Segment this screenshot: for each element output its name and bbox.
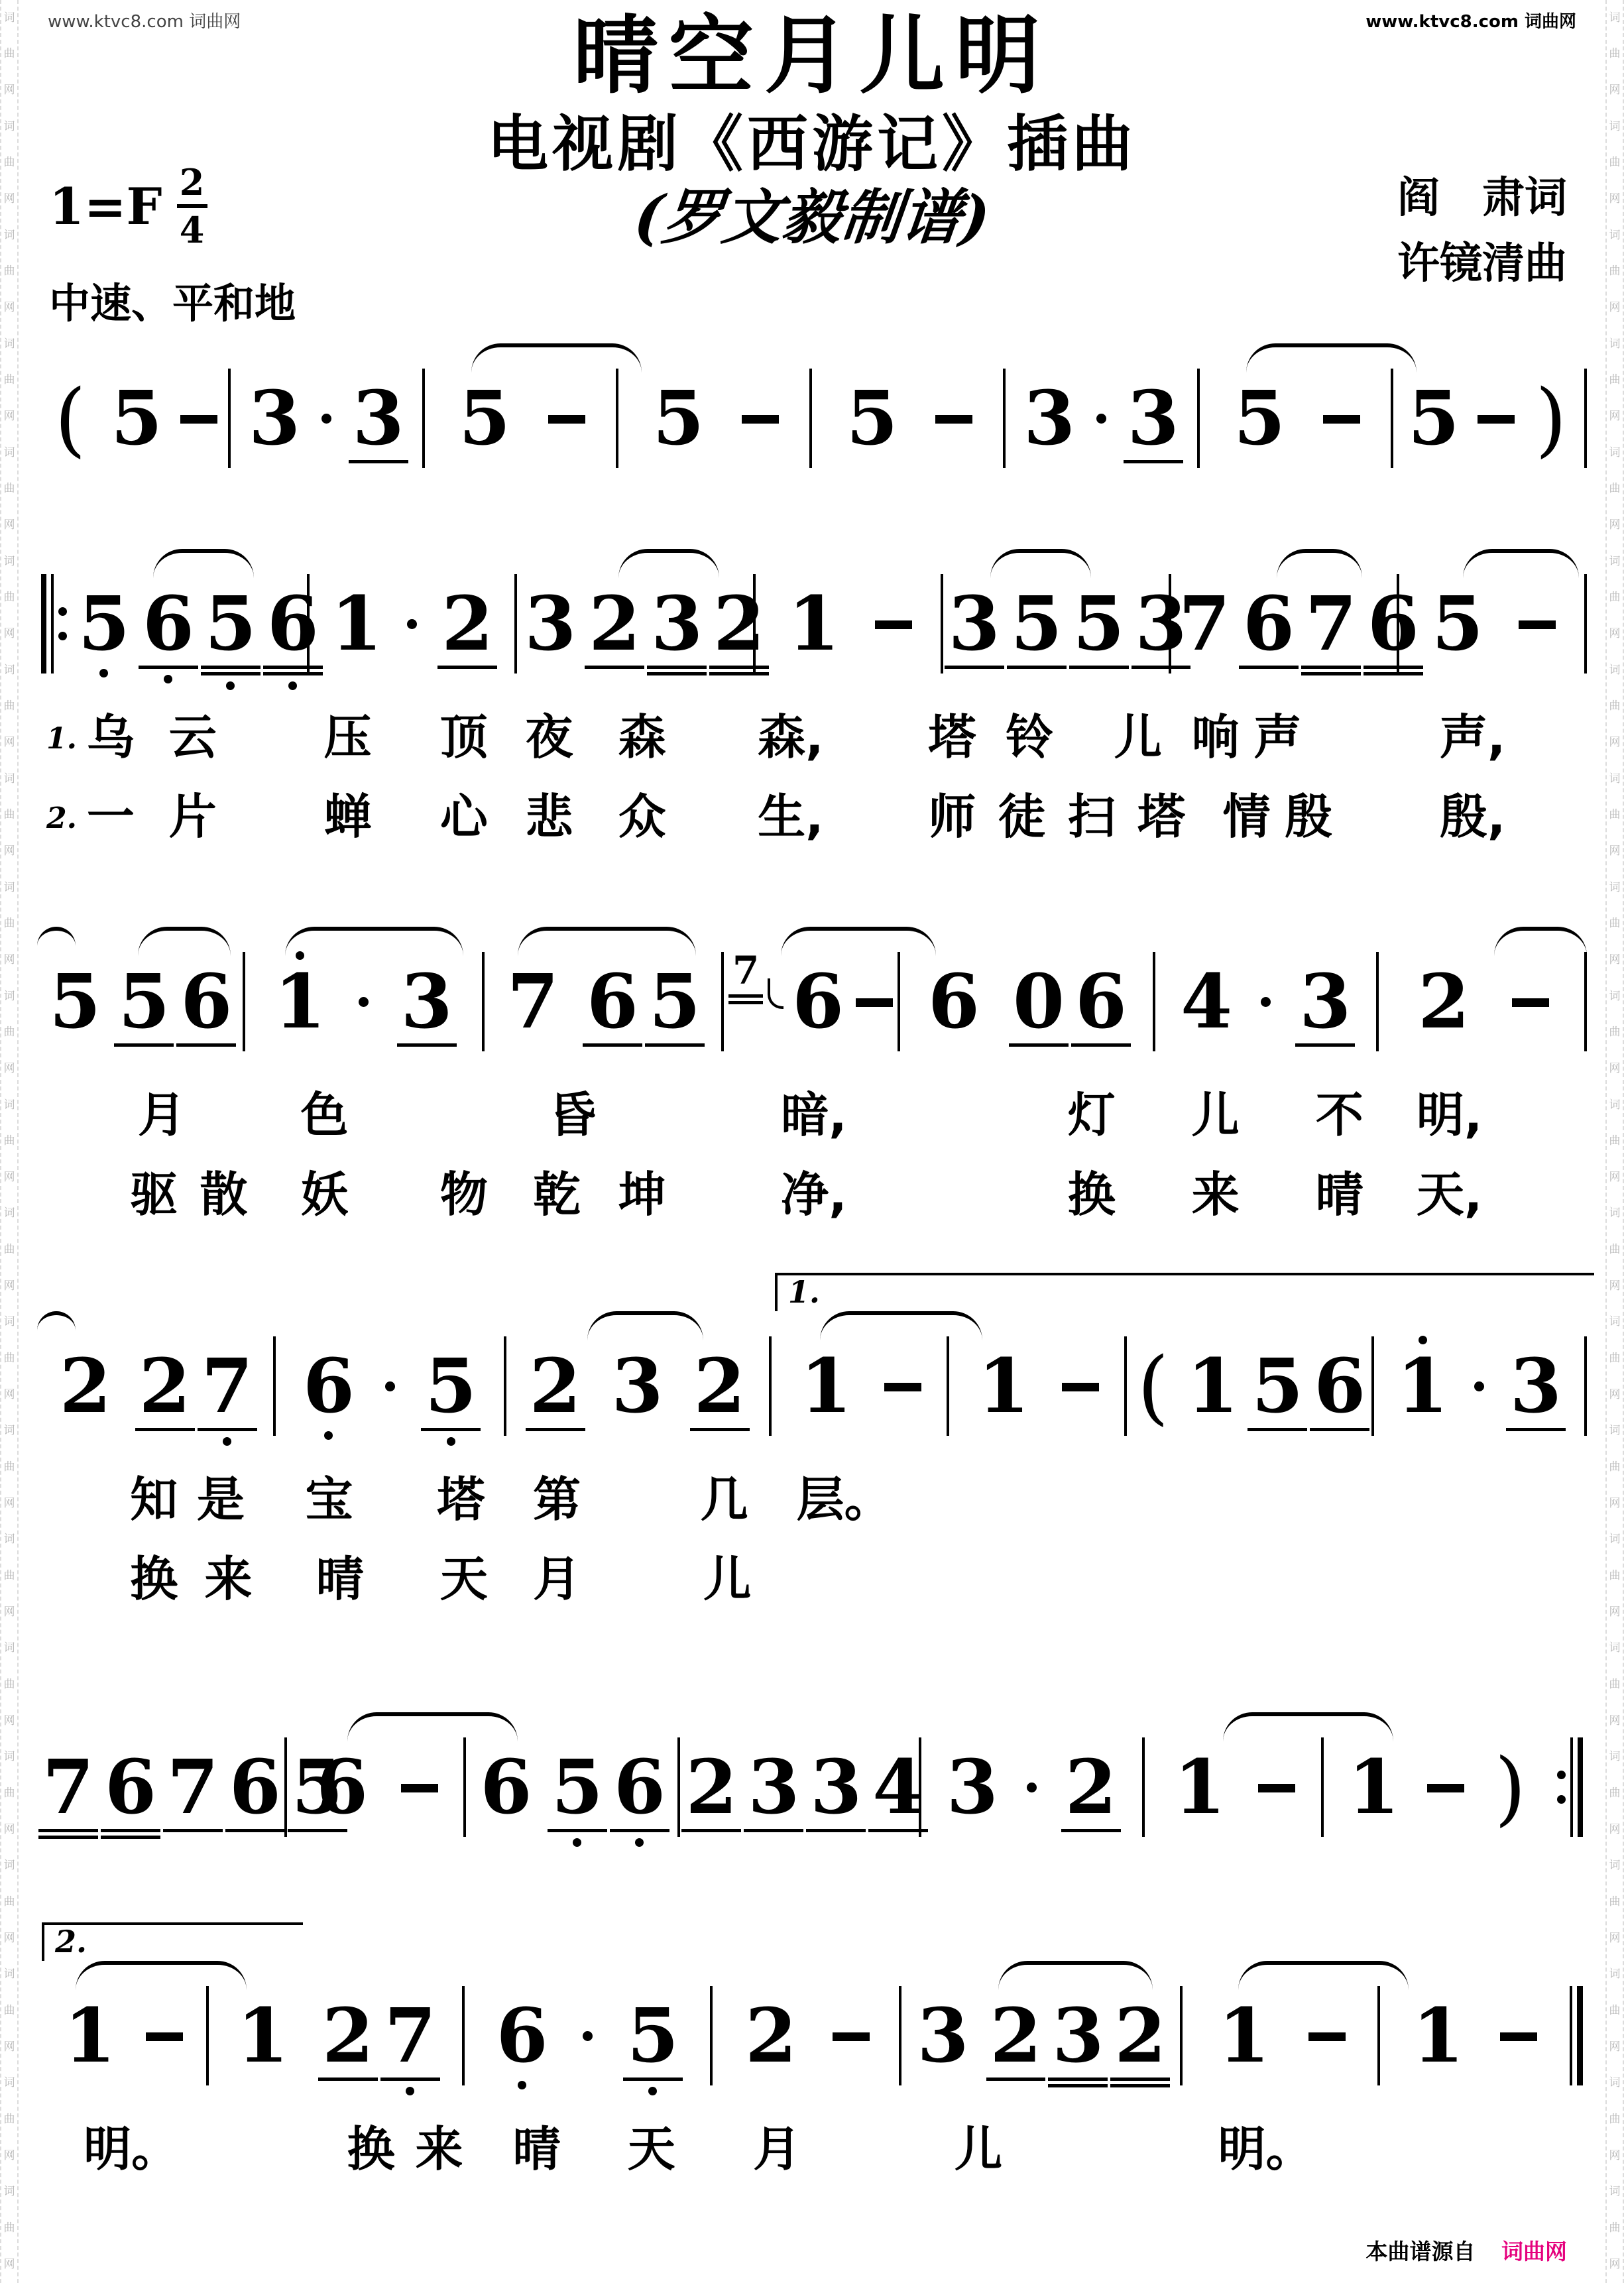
note-digit: 1 (1170, 1749, 1230, 1826)
side-watermark-char: 词 (4, 1534, 15, 1545)
side-watermark-char: 网 (4, 520, 15, 531)
note-digit: 1 (1393, 1348, 1452, 1425)
note-digit: 6 (299, 1348, 359, 1425)
side-watermark-char: 词 (4, 447, 15, 459)
duration-underline (610, 1829, 669, 1832)
side-watermark-char: 词 (4, 1643, 15, 1654)
duration-underline (1048, 2078, 1108, 2081)
note: 2 (1411, 941, 1477, 1041)
lyric-syllable: 儿 (703, 1553, 751, 1606)
side-watermark-char: 网 (4, 2259, 15, 2270)
measure: 65 (465, 1975, 710, 2095)
lyric-syllable: 心 (440, 791, 488, 843)
side-watermark-char: 网 (4, 302, 15, 314)
lyric-syllable: 散 (200, 1169, 247, 1221)
side-watermark-char: 曲 (1609, 1353, 1621, 1364)
repeat-barline (1577, 1986, 1583, 2085)
duration-underline (728, 1001, 763, 1004)
note-digit: 7 (503, 964, 563, 1041)
note-digit: 3 (1124, 380, 1183, 457)
duration-underline (437, 666, 497, 669)
octave-dot-low (164, 675, 172, 683)
lyric-syllable: 情 (1223, 791, 1271, 843)
lyric-syllable: 明。 (84, 2123, 179, 2176)
duration-underline (1007, 666, 1067, 669)
note: 6 (1308, 1326, 1371, 1431)
lyric-syllable: 众 (618, 791, 666, 843)
note-digit: 3 (945, 586, 1004, 663)
slur-tie (1277, 549, 1362, 583)
duration-underline (1506, 1428, 1566, 1431)
slur-tie (285, 927, 463, 961)
measure: (156 (1127, 1326, 1372, 1431)
dot-circle (583, 2031, 593, 2041)
notation-row: 56561232321355376765 (37, 563, 1587, 706)
octave-dot-low (573, 1838, 581, 1847)
side-watermark-char: 词 (1609, 1534, 1621, 1545)
lyric-syllable: 昏 (549, 1089, 597, 1141)
side-watermark-char: 网 (4, 737, 15, 748)
note-digit: 2 (437, 586, 497, 663)
song-title: 晴空月儿明 (37, 9, 1587, 103)
side-watermark-char: 网 (4, 1172, 15, 1183)
slur-tie (347, 1712, 518, 1747)
lyric-syllable: 声 (1253, 711, 1301, 764)
side-watermark-char: 词 (1609, 882, 1621, 894)
dash-bar (856, 998, 893, 1007)
dash-continuation (1474, 358, 1518, 424)
side-watermark-char: 词 (1609, 1208, 1621, 1219)
side-watermark-char: 曲 (4, 1897, 15, 1908)
volta-label: 2. (55, 1924, 87, 1960)
side-watermark-char: 曲 (1609, 375, 1621, 386)
parenthesis: ( (1128, 1326, 1179, 1425)
dot-circle (1474, 1381, 1484, 1391)
lyric-syllable: 森, (758, 711, 823, 764)
notation-row: (5335553355) (37, 358, 1587, 500)
side-watermark-char: 曲 (1609, 1570, 1621, 1582)
duration-underline (583, 1043, 642, 1047)
side-watermark-char: 网 (1609, 628, 1621, 640)
side-watermark-char: 词 (4, 1100, 15, 1111)
side-watermark-char: 词 (1609, 2186, 1621, 2197)
lyric-syllable: 悲 (525, 791, 573, 843)
lyrics-row: 明。换来晴天月儿明。 (37, 2118, 1587, 2197)
slur-tie (1223, 1712, 1393, 1747)
music-system-4: 2276523211(156131.知是宝塔第几层。换来晴天月儿 (37, 1326, 1587, 1627)
note-digit: 5 (649, 380, 709, 457)
side-watermark-char: 词 (1609, 2078, 1621, 2089)
measure: 606 (900, 941, 1153, 1047)
beam-group: 06 (1008, 941, 1132, 1047)
volta-bracket: 1. (775, 1273, 1594, 1311)
duration-underline (176, 1043, 236, 1047)
dash-bar (1062, 1383, 1099, 1391)
note-digit: 3 (806, 1749, 866, 1826)
side-watermark-char: 词 (1609, 1317, 1621, 1328)
duration-underline (1239, 666, 1299, 669)
duration-underline (647, 666, 707, 669)
note-digit: 3 (245, 380, 304, 457)
duration-underline (114, 1043, 174, 1047)
note-digit: 7 (1301, 586, 1361, 663)
note-digit: 5 (1069, 586, 1129, 663)
lyric-syllable: 乌 (87, 711, 135, 764)
note-digit: 6 (610, 1749, 669, 1826)
slur-tie (138, 927, 231, 961)
lyric-syllable: 驱 (130, 1169, 178, 1221)
lyric-syllable: 知 (130, 1474, 178, 1526)
note-digit: 5 (421, 1348, 481, 1425)
lyric-syllable: 压 (324, 711, 372, 764)
side-watermark-char: 曲 (4, 266, 15, 277)
note-digit: 1 (1409, 1998, 1468, 2075)
duration-underline (380, 2078, 440, 2081)
side-watermark-char: 曲 (1609, 1679, 1621, 1690)
right-watermark-strip: 词曲网词曲网词曲网词曲网词曲网词曲网词曲网词曲网词曲网词曲网词曲网词曲网词曲网词… (1605, 0, 1624, 2283)
lyrics-row: 2.一片蝉心悲众生,师徒扫塔情殷殷, (37, 786, 1587, 865)
note: 5 (839, 358, 905, 457)
measure: 13 (1374, 1326, 1584, 1431)
duration-underline (690, 1428, 750, 1431)
note-digit: 5 (623, 1998, 683, 2075)
side-watermark-char: 曲 (4, 592, 15, 603)
duration-underline (744, 1829, 803, 1832)
lyric-syllable: 殷, (1440, 791, 1505, 843)
barline (1584, 574, 1587, 673)
music-system-1: (5335553355) (37, 358, 1587, 500)
octave-dot-low (635, 1838, 644, 1847)
augmentation-dot (1257, 941, 1274, 1007)
side-watermark-char: 词 (1609, 556, 1621, 567)
note: 3 (910, 1975, 976, 2075)
side-watermark-char: 网 (1609, 2042, 1621, 2053)
side-watermark-char: 曲 (1609, 483, 1621, 495)
note-digit: 5 (1230, 380, 1289, 457)
dash-bar (875, 620, 912, 629)
lyric-syllable: 云 (169, 711, 217, 764)
duration-underline (1301, 666, 1361, 669)
side-watermark-char: 网 (1609, 1607, 1621, 1618)
lyric-syllable: 月 (533, 1553, 581, 1606)
note-digit: 2 (986, 1998, 1046, 2075)
side-watermark-char: 词 (1609, 1425, 1621, 1436)
side-watermark-char: 曲 (4, 483, 15, 495)
measure: 2334 (680, 1727, 918, 1832)
side-watermark-char: 曲 (4, 375, 15, 386)
side-watermark-char: 网 (4, 85, 15, 96)
meter-numerator: 2 (180, 164, 205, 200)
side-watermark-char: 词 (1609, 13, 1621, 24)
note-digit: 1 (60, 1998, 120, 2075)
dash-bar (1308, 2032, 1346, 2041)
side-watermark-char: 词 (4, 1969, 15, 1980)
note-digit: 7 (728, 949, 763, 992)
side-watermark-char: 网 (1609, 1281, 1621, 1292)
repeat-dots (1557, 1737, 1566, 1837)
side-watermark-char: 网 (4, 1607, 15, 1618)
note-digit: 3 (1019, 380, 1079, 457)
note: 6 (99, 1727, 162, 1839)
side-watermark-char: 曲 (4, 157, 15, 168)
lyric-syllable: 坤 (618, 1169, 666, 1221)
lyric-syllable: 层。 (797, 1474, 892, 1526)
note-digit: 3 (1295, 964, 1355, 1041)
side-watermark-char: 网 (4, 1281, 15, 1292)
note-digit: 6 (924, 964, 984, 1041)
footer-brand: 词曲网 (1501, 2239, 1567, 2264)
dash-continuation (1424, 1727, 1468, 1792)
lyric-syllable: 明。 (1218, 2123, 1314, 2176)
lyric-syllable: 晴 (1316, 1169, 1363, 1221)
lyric-syllable: 师 (928, 791, 976, 843)
augmentation-dot (1023, 1727, 1040, 1792)
slur-tie (518, 927, 696, 961)
barline (1584, 952, 1587, 1051)
note-digit: 3 (520, 586, 580, 663)
duration-underline (135, 1428, 195, 1431)
note: 6 (609, 1727, 671, 1847)
duration-underline (101, 1836, 160, 1839)
side-watermark-char: 曲 (1609, 266, 1621, 277)
octave-dot-low (288, 681, 297, 690)
lyric-syllable: 塔 (928, 711, 976, 764)
duration-underline (201, 672, 261, 675)
note-digit: 1 (796, 1348, 856, 1425)
credits: 阎 肃词 许镜清曲 (1397, 166, 1567, 297)
lyric-syllable: 来 (415, 2123, 463, 2176)
side-watermark-char: 词 (4, 1208, 15, 1219)
augmentation-dot (404, 563, 420, 629)
side-watermark-char: 网 (4, 1498, 15, 1509)
lyric-syllable: 铃 (1006, 711, 1053, 764)
note: 3 (939, 1727, 1006, 1826)
side-watermark-char: 网 (4, 1824, 15, 1836)
lyric-syllable: 一 (87, 791, 135, 843)
side-watermark-char: 曲 (4, 2223, 15, 2234)
barline (1584, 1336, 1587, 1436)
parenthesis: ( (44, 358, 96, 457)
side-watermark-char: 曲 (1609, 1897, 1621, 1908)
side-watermark-char: 网 (1609, 1389, 1621, 1401)
note-digit: 1 (974, 1348, 1033, 1425)
note: 6 (296, 1326, 362, 1440)
lyricist-credit: 阎 肃词 (1397, 166, 1567, 231)
dash-bar (742, 415, 779, 424)
side-watermark-char: 词 (1609, 121, 1621, 133)
note-digit: 5 (45, 964, 105, 1041)
slur-tie (990, 549, 1091, 583)
side-watermark-char: 曲 (1609, 1244, 1621, 1256)
music-system-3: 5561376576606432月色昏暗,灯儿不明,驱散妖物乾坤净,换来晴天, (37, 941, 1587, 1243)
duration-underline (1009, 1043, 1069, 1047)
side-watermark-char: 网 (4, 628, 15, 640)
lyric-syllable: 徒 (998, 791, 1046, 843)
lyric-syllable: 晴 (316, 1553, 364, 1606)
note-digit: 2 (1414, 964, 1474, 1041)
note-digit: 3 (647, 586, 707, 663)
score-body: (5335553355)565612323213553767651.乌云压顶夜森… (37, 358, 1587, 2197)
side-watermark-char: 词 (1609, 665, 1621, 676)
note-digit: 6 (1310, 1348, 1369, 1425)
duration-underline (645, 1043, 705, 1047)
note-digit: 1 (784, 586, 844, 663)
side-watermark-char: 网 (1609, 2259, 1621, 2270)
composer-credit: 许镜清曲 (1397, 231, 1567, 297)
end-repeat-sign (1553, 1727, 1587, 1837)
side-watermark-char: 网 (1609, 1933, 1621, 1944)
side-watermark-char: 词 (1609, 1751, 1621, 1763)
note: 1 (1405, 1975, 1472, 2075)
notation-row: 2276523211(156131. (37, 1326, 1587, 1468)
slur-tie (1494, 927, 1587, 961)
tempo-marking: 中速、平和地 (49, 270, 296, 329)
side-watermark-char: 曲 (1609, 2114, 1621, 2125)
note: 2 (434, 563, 500, 669)
measure: 43 (1155, 941, 1376, 1047)
note: 3 (1292, 941, 1358, 1047)
note: 5 (546, 1727, 609, 1847)
note: 1 (781, 563, 847, 663)
dash-bar (833, 2032, 870, 2041)
watermark-top-left: www.ktvc8.com 词曲网 (48, 8, 241, 32)
paren-glyph: ) (1487, 1749, 1533, 1826)
dot-circle (1027, 1783, 1037, 1792)
note-digit: 5 (74, 586, 134, 663)
parenthesis: ) (1484, 1727, 1536, 1826)
note-digit: 6 (312, 1749, 372, 1826)
note: 3 (241, 358, 308, 457)
side-watermark-char: 网 (4, 194, 15, 205)
left-watermark-strip: 词曲网词曲网词曲网词曲网词曲网词曲网词曲网词曲网词曲网词曲网词曲网词曲网词曲网词… (0, 0, 19, 2283)
lyric-syllable: 声, (1440, 711, 1505, 764)
lyric-syllable: 换 (347, 2123, 395, 2176)
side-watermark-char: 曲 (1609, 2005, 1621, 2017)
side-watermark-char: 词 (1609, 1860, 1621, 1871)
lyric-syllable: 乾 (533, 1169, 581, 1221)
duration-underline (1061, 1829, 1121, 1832)
note-digit: 2 (526, 1348, 585, 1425)
meter-denominator: 4 (180, 212, 205, 248)
duration-underline (1301, 672, 1361, 675)
side-watermark-char: 词 (4, 991, 15, 1002)
duration-underline (806, 1829, 866, 1832)
lyric-syllable: 森 (618, 711, 666, 764)
side-watermark-char: 词 (4, 556, 15, 567)
dash-continuation (1059, 1326, 1102, 1391)
duration-underline (728, 994, 763, 998)
side-watermark-char: 词 (1609, 1100, 1621, 1111)
parenthesis: ) (1525, 358, 1577, 457)
note: 7 (37, 1727, 99, 1839)
measure: 5) (1393, 358, 1584, 457)
side-watermark-char: 词 (1609, 1643, 1621, 1654)
side-watermark-char: 网 (4, 411, 15, 422)
measure: (5 (37, 358, 228, 457)
side-watermark-char: 曲 (4, 809, 15, 821)
octave-dot-low (447, 1437, 455, 1446)
footer-source-text: 本曲谱源自 (1366, 2239, 1476, 2264)
sheet-music-page: 晴空月儿明 电视剧《西游记》插曲 (罗文毅制谱) 1=F 2 4 中速、平和地 … (37, 0, 1587, 2197)
beam-group: 56 (1246, 1326, 1371, 1431)
beam-group: 27 (134, 1326, 259, 1446)
key-signature: 1=F 2 4 (49, 164, 207, 248)
note: 1 (1389, 1326, 1456, 1425)
note-digit: 5 (114, 964, 174, 1041)
side-watermark-char: 网 (1609, 520, 1621, 531)
note: 3 (345, 358, 412, 463)
side-watermark-char: 词 (4, 121, 15, 133)
duration-underline (163, 1829, 223, 1832)
note-digit: 3 (349, 380, 408, 457)
note: 6 (224, 1727, 286, 1832)
note-digit: 2 (1061, 1749, 1121, 1826)
lyric-syllable: 不 (1316, 1089, 1363, 1141)
side-watermark-char: 曲 (1609, 701, 1621, 712)
side-watermark-char: 曲 (1609, 1136, 1621, 1147)
note-digit: 5 (201, 586, 261, 663)
duration-underline (38, 1836, 98, 1839)
dot-circle (359, 997, 369, 1007)
duration-underline (623, 2078, 683, 2081)
side-watermark-char: 曲 (1609, 1462, 1621, 1473)
note-digit: 1 (233, 1998, 293, 2075)
side-watermark-char: 词 (4, 1425, 15, 1436)
side-watermark-char: 网 (1609, 846, 1621, 857)
dash-bar (146, 2032, 183, 2041)
side-watermark-char: 网 (1609, 1063, 1621, 1075)
side-watermark-char: 词 (1609, 447, 1621, 459)
lyric-syllable: 来 (1192, 1169, 1240, 1221)
duration-underline (709, 666, 769, 669)
dash-bar (401, 1784, 438, 1792)
note-digit: 4 (1177, 964, 1236, 1041)
side-watermark-char: 曲 (1609, 1788, 1621, 1799)
slur-tie (998, 1961, 1153, 1995)
duration-underline (709, 672, 769, 675)
octave-dot-low (648, 2087, 657, 2095)
grace-note-hook (768, 978, 783, 1009)
duration-underline (225, 1829, 285, 1832)
slur-tie (37, 927, 76, 961)
duration-underline (201, 666, 261, 669)
duration-underline (263, 672, 323, 675)
note: 0 (1008, 941, 1070, 1047)
repeat-barline (1570, 1986, 1572, 2085)
note: 5 (1246, 1326, 1308, 1431)
side-watermark-char: 词 (4, 339, 15, 350)
note: 2 (134, 1326, 196, 1431)
note-digit: 6 (139, 586, 198, 663)
duration-underline (1363, 666, 1423, 669)
side-watermark-char: 词 (4, 230, 15, 241)
augmentation-dot (382, 1326, 398, 1391)
music-system-6: 11276523232112.明。换来晴天月儿明。 (37, 1975, 1587, 2197)
note-digit: 3 (1506, 1348, 1566, 1425)
note: 2 (738, 1975, 804, 2075)
measure: 33 (1006, 358, 1196, 463)
note-digit: 2 (56, 1348, 115, 1425)
side-watermark-char: 词 (4, 2186, 15, 2197)
repeat-barline (1578, 1737, 1583, 1837)
repeat-dots (58, 574, 67, 673)
side-watermark-char: 网 (4, 1933, 15, 1944)
lyric-syllable: 天 (628, 2123, 675, 2176)
note-digit: 7 (163, 1749, 223, 1826)
lyric-syllable: 第 (533, 1474, 581, 1526)
octave-dot-low (226, 681, 235, 690)
note-digit: 2 (135, 1348, 195, 1425)
